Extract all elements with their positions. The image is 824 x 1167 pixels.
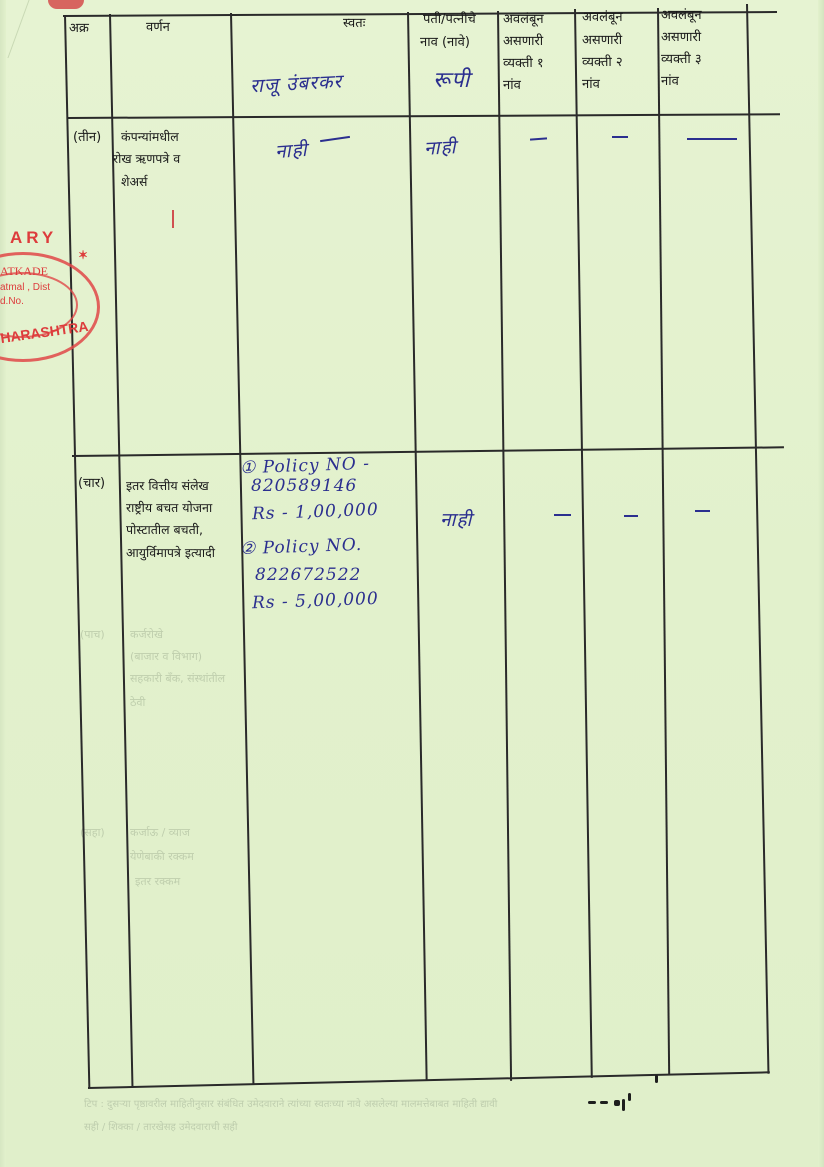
row4-desc-line3: पोस्टातील बचती, [126, 519, 203, 540]
table-left-border [64, 15, 90, 1088]
page-fold-line [0, 0, 30, 58]
row4-serial: (चार) [78, 473, 105, 494]
row3-dependent3-dash [687, 138, 737, 140]
row4-dependent3-dash [695, 510, 710, 512]
stamp-inner-ring [0, 272, 78, 338]
ghost-row5-line1: कर्जरोखे [130, 624, 163, 646]
row3-desc-line1: कंपन्यांमधील [121, 126, 179, 147]
row4-spouse-value: नाही [440, 506, 472, 532]
handwritten-spouse-name: रूपी [433, 64, 470, 94]
row3-desc-line3: शेअर्स [121, 171, 148, 192]
page-edge-left [0, 0, 6, 1167]
row3-serial: (तीन) [73, 127, 101, 148]
header-dep2-line1: अवलंबून [582, 7, 623, 28]
header-dep3-line3: व्यक्ती ३ [661, 49, 702, 70]
col-divider-self [407, 12, 427, 1080]
row4-desc-line4: आयुर्विमापत्रे इत्यादी [126, 542, 215, 563]
header-self: स्वतः [343, 13, 365, 34]
row3-self-value: नाही [274, 136, 308, 164]
ink-mark [614, 1100, 620, 1106]
header-dep3-line1: अवलंबून [661, 5, 702, 26]
policy-2-number: 822672522 [255, 565, 361, 586]
header-dep3-line2: असणारी [661, 27, 701, 48]
ghost-footer-line2: सही / शिक्का / तारखेसह उमेदवाराची सही [84, 1117, 237, 1138]
row3-dependent2-dash [612, 136, 628, 138]
ghost-row6-line2: येणेबाकी रक्कम [130, 846, 194, 868]
policy-1-amount: Rs - 1,00,000 [252, 500, 379, 525]
ghost-row6-line3: इतर रक्कम [135, 871, 180, 893]
header-dep1-line3: व्यक्ती १ [503, 53, 544, 74]
row4-dependent1-dash [554, 514, 571, 516]
row3-desc-line2: रोख ऋणपत्रे व [113, 148, 180, 169]
official-stamp: ARY ATKADE atmal , Dist d.No. HARASHTRA … [0, 232, 96, 362]
row3-dependent1-dash [530, 137, 547, 140]
header-row-divider [68, 113, 780, 118]
row-3-divider [72, 446, 784, 456]
col-divider-dependent2 [657, 8, 670, 1075]
header-dep3-line4: नांव [661, 71, 679, 92]
col-divider-dependent1 [574, 9, 592, 1078]
policy-2-amount: Rs - 5,00,000 [252, 589, 379, 614]
ghost-row5-line4: ठेवी [130, 692, 145, 714]
ghost-footer-line1: टिप : दुसऱ्या पृष्ठावरील माहितीनुसार संब… [84, 1094, 774, 1115]
stamp-line-1: ATKADE [0, 264, 48, 279]
header-dep1-line1: अवलंबून [503, 9, 544, 30]
header-dep1-line4: नांव [503, 75, 521, 96]
row3-red-tick [172, 210, 174, 228]
header-serial: अक्र [69, 18, 89, 39]
header-spouse-line2: नाव (नावे) [420, 32, 470, 53]
row4-desc-line1: इतर वित्तीय संलेख [126, 475, 209, 496]
row3-spouse-value: नाही [423, 133, 457, 161]
header-dep2-line2: असणारी [582, 30, 622, 51]
ink-mark [588, 1101, 596, 1104]
ghost-row6-line1: कर्जाऊ / व्याज [130, 822, 190, 844]
stamp-top-text: ARY [10, 228, 57, 248]
ink-mark [600, 1101, 608, 1104]
stamp-bottom-text: HARASHTRA [0, 318, 89, 346]
table-right-border [746, 4, 769, 1074]
ghost-row5-line3: सहकारी बँक, संस्थांतील [130, 668, 225, 690]
ghost-row5-line2: (बाजार व विभाग) [130, 646, 202, 668]
row4-dependent2-dash [624, 515, 638, 517]
page-edge-right [818, 0, 824, 1167]
stamp-line-2: atmal , Dist [0, 282, 50, 293]
header-description: वर्णन [146, 17, 170, 38]
policy-1-number: 820589146 [251, 476, 357, 497]
col-divider-spouse [497, 11, 512, 1081]
row3-self-dash [320, 136, 350, 142]
red-mark [48, 0, 84, 9]
header-dep2-line3: व्यक्ती २ [582, 52, 623, 73]
document-page: (पाच) कर्जरोखे (बाजार व विभाग) सहकारी बँ… [0, 0, 824, 1167]
ink-mark [628, 1093, 631, 1101]
header-spouse-line1: पती/पत्नीचे [423, 9, 476, 30]
header-dep1-line2: असणारी [503, 31, 543, 52]
header-dep2-line4: नांव [582, 74, 600, 95]
ghost-row5-serial: (पाच) [80, 624, 105, 646]
policy-2-label: ② Policy NO. [240, 535, 363, 560]
ink-mark [655, 1075, 658, 1083]
ink-mark [622, 1099, 625, 1111]
stamp-star-icon: ✶ [78, 248, 88, 262]
row4-desc-line2: राष्ट्रीय बचत योजना [126, 497, 212, 518]
stamp-outer-ring [0, 252, 100, 362]
handwritten-self-name: राजू उंबरकर [249, 68, 342, 99]
